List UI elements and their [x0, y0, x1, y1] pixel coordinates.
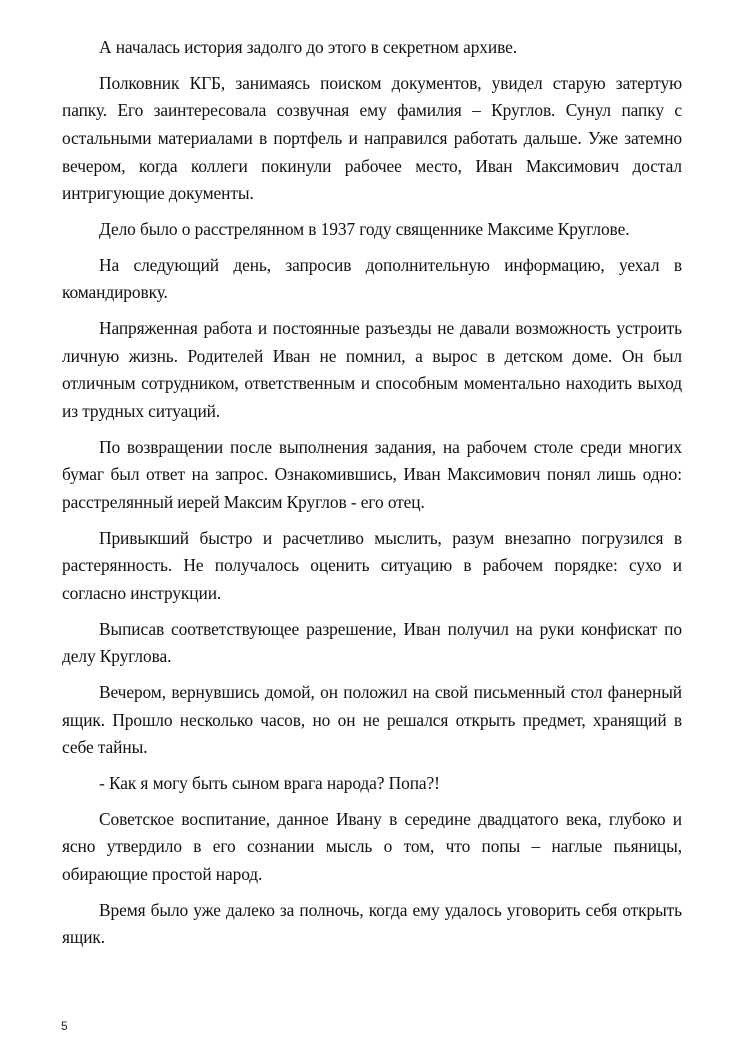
paragraph: Напряженная работа и постоянные разъезды…	[62, 315, 682, 425]
paragraph: По возвращении после выполнения задания,…	[62, 434, 682, 517]
page-number: 5	[61, 1019, 68, 1033]
paragraph: Дело было о расстрелянном в 1937 году св…	[62, 216, 682, 244]
paragraph: Советское воспитание, данное Ивану в сер…	[62, 806, 682, 889]
paragraph: Полковник КГБ, занимаясь поиском докумен…	[62, 70, 682, 208]
document-page: А началась история задолго до этого в се…	[0, 0, 744, 1053]
body-text: А началась история задолго до этого в се…	[62, 34, 682, 960]
paragraph: Время было уже далеко за полночь, когда …	[62, 897, 682, 952]
paragraph: Вечером, вернувшись домой, он положил на…	[62, 679, 682, 762]
paragraph: На следующий день, запросив дополнительн…	[62, 252, 682, 307]
dialogue-line: - Как я могу быть сыном врага народа? По…	[62, 770, 682, 798]
paragraph: А началась история задолго до этого в се…	[62, 34, 682, 62]
paragraph: Выписав соответствующее разрешение, Иван…	[62, 616, 682, 671]
paragraph: Привыкший быстро и расчетливо мыслить, р…	[62, 525, 682, 608]
